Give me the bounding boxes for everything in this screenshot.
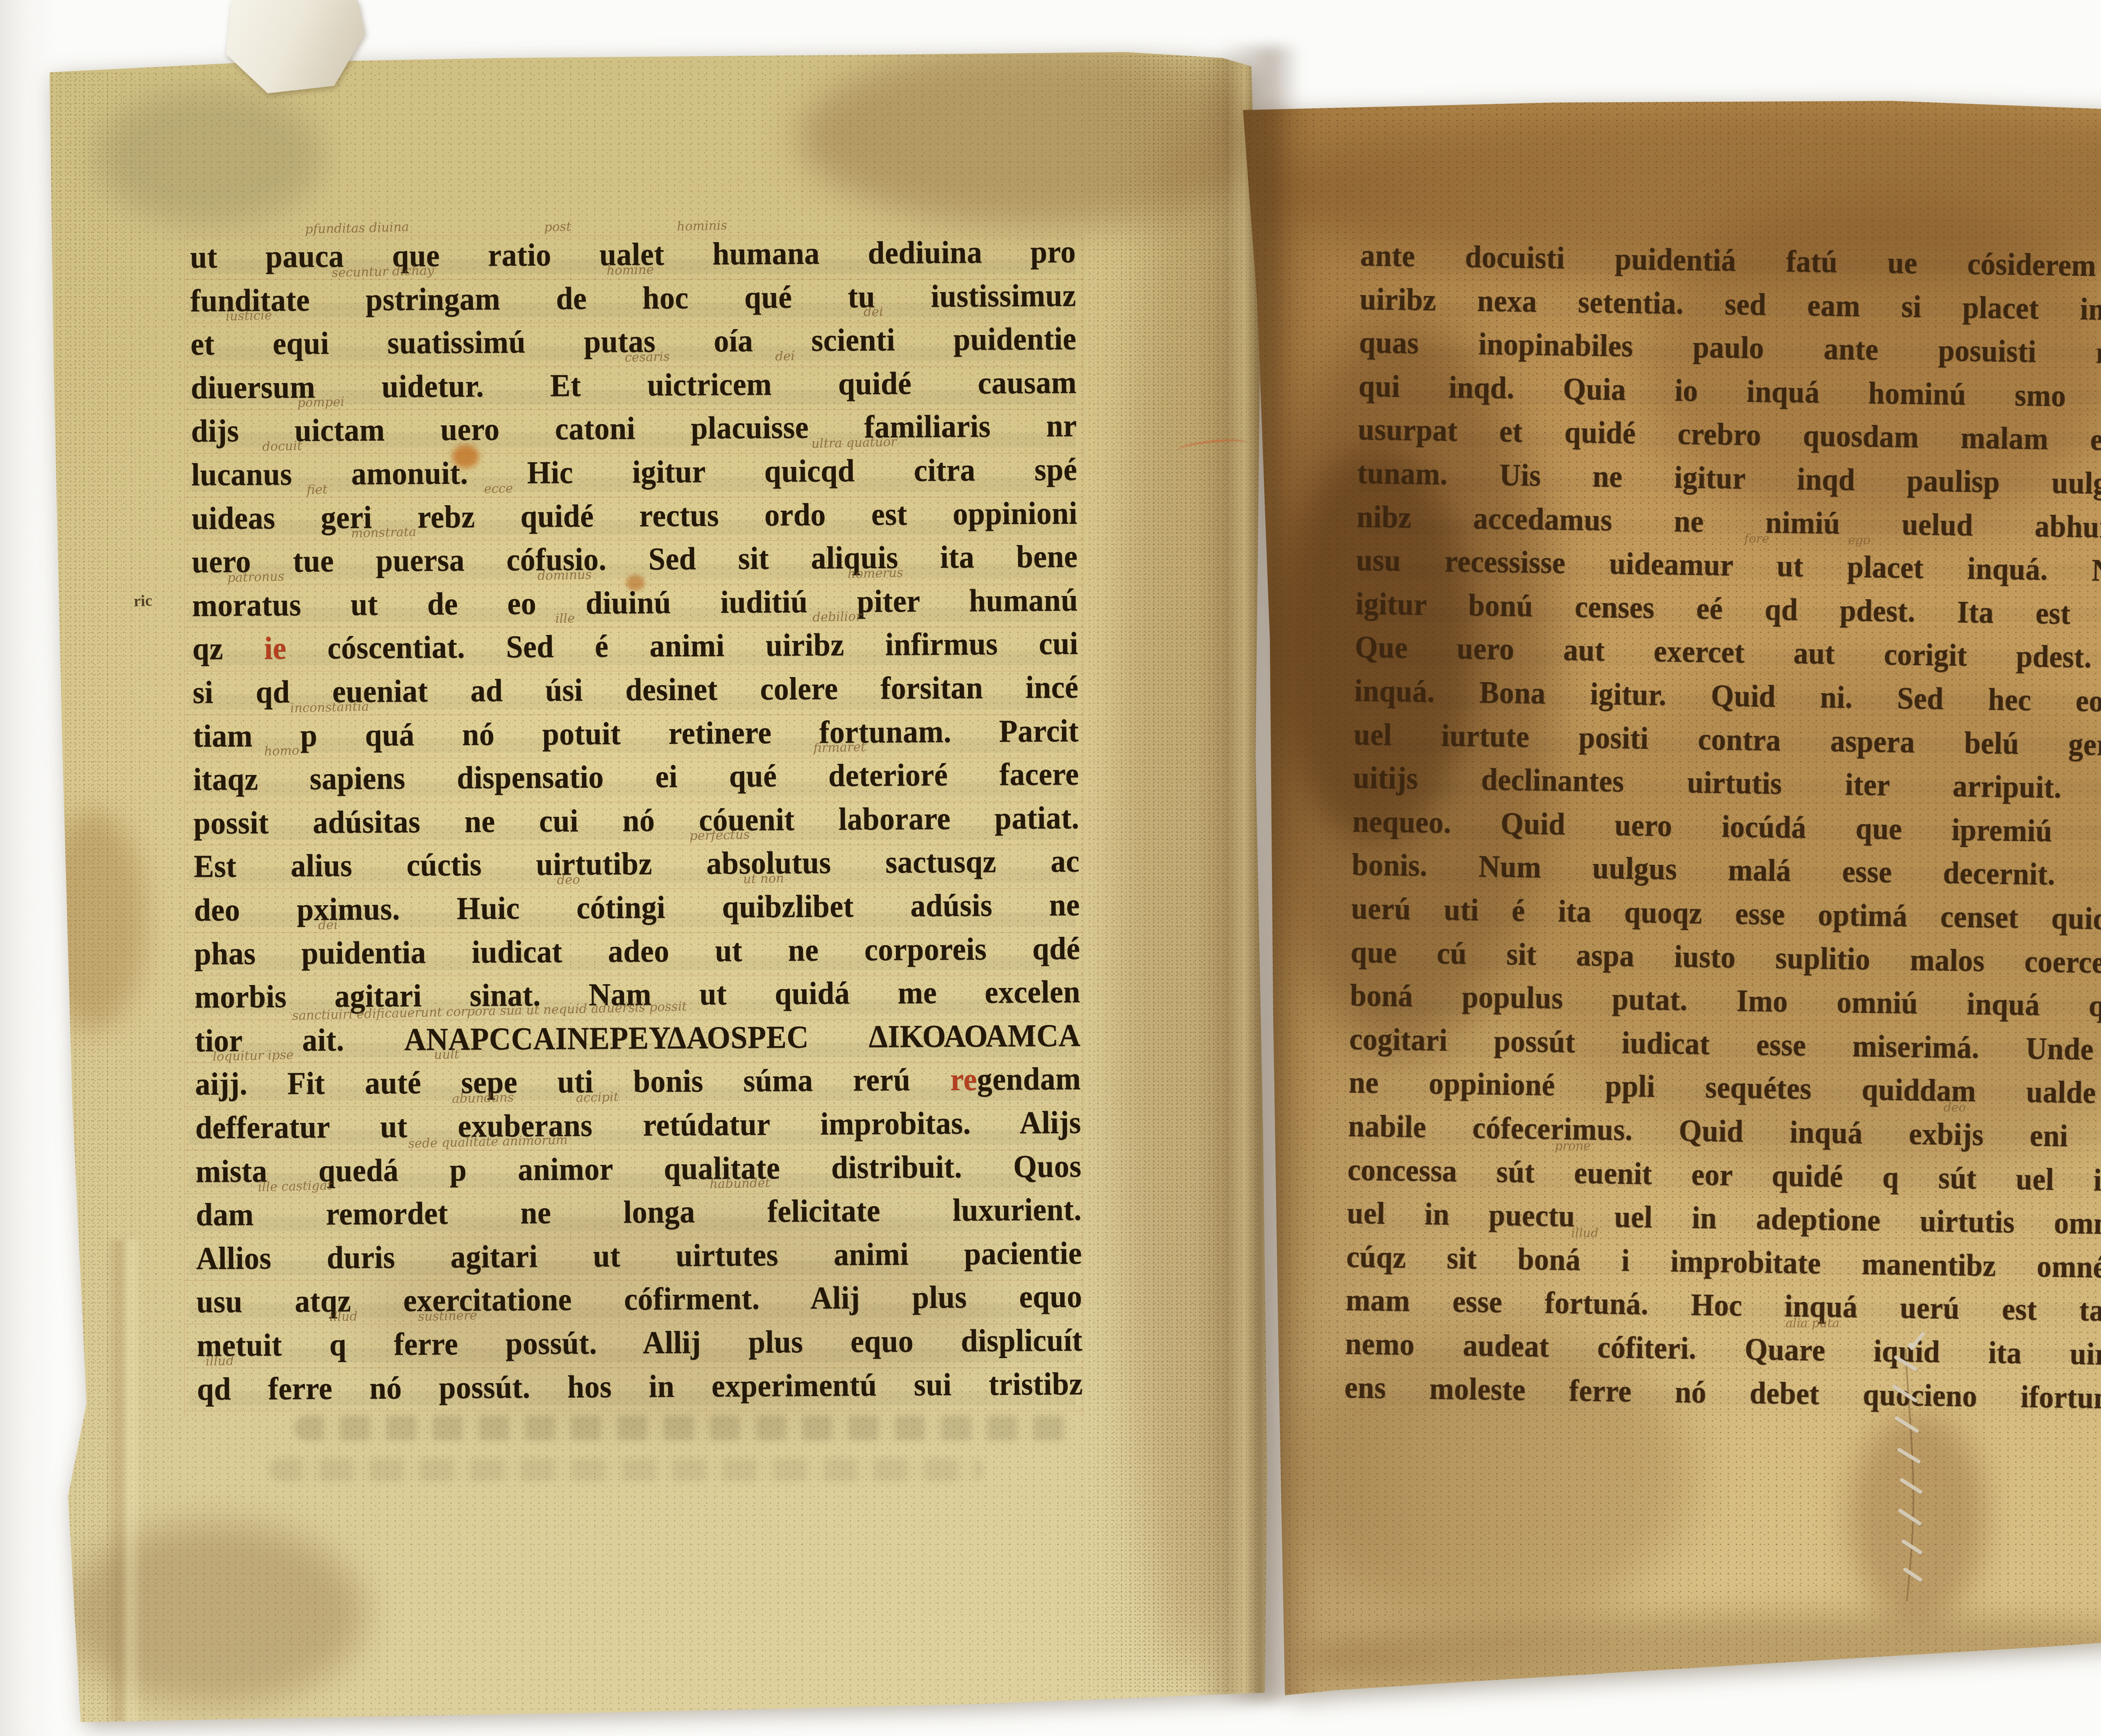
interlinear-gloss: abundans (452, 1090, 514, 1106)
stain (1252, 319, 1555, 1055)
interlinear-gloss: inconstantia (290, 699, 369, 715)
line-segment: cóscentiat. Sed é animi uiribz infirmus … (286, 626, 1078, 666)
interlinear-gloss: homerus (847, 565, 903, 581)
manuscript-line: qui inqd. Quia io inquá hominú smo comun… (1358, 369, 2101, 416)
stain (1294, 1324, 1693, 1626)
manuscript-line: igitur bonú censes eé qd pdest. Ita est … (1355, 586, 2101, 634)
manuscript-line: tior ait. ΑΝΑΡCCΑΙΝΕΡΕΥΔΑΟSΡΕC ΔΙΚΟΑΟΑΜC… (195, 1017, 1080, 1059)
interlinear-gloss: illud (205, 1353, 234, 1369)
parchment-tab-left (226, 0, 365, 93)
manuscript-line: usu recessisse uideamur ut placet inquá.… (1356, 543, 2101, 590)
interlinear-gloss: post (544, 219, 572, 235)
interlinear-gloss: monstrata (351, 525, 416, 541)
interlinear-gloss: hominis (677, 218, 728, 234)
manuscript-line: diuersum uidetur. Et uictricem quidé cau… (191, 364, 1077, 406)
interlinear-gloss: dominus (537, 567, 592, 583)
stain (1496, 656, 2101, 1181)
manuscript-line: qd ferre nó possút. hos in experimentú s… (197, 1365, 1082, 1408)
stain (1639, 193, 2101, 538)
interlinear-gloss: ille castigat (258, 1178, 332, 1195)
speckle-band-gutter (1059, 55, 1256, 1694)
interlinear-gloss: perfectus (690, 827, 750, 843)
manuscript-line: mista quedá p animor qualitate distribui… (195, 1148, 1081, 1190)
left-edge-fold (105, 1240, 143, 1723)
ruling-lines (1355, 236, 2101, 1418)
gutter-shadow (1219, 46, 1315, 1702)
manuscript-line: tunam. Uis ne igitur inqd paulisp uulgi … (1357, 456, 2101, 503)
interlinear-gloss: deo (557, 872, 580, 888)
manuscript-line: boná populus putat. Imo omniú inquá que … (1350, 978, 2101, 1025)
interlinear-gloss: deo (1943, 1100, 1966, 1114)
manuscript-line: morbis agitari sinat. Nam ut quidá me ex… (195, 973, 1080, 1016)
manuscript-line: ut pauca que ratio ualet humana dediuina… (190, 233, 1076, 276)
interlinear-gloss: dei (864, 305, 883, 320)
stain (452, 445, 479, 468)
left-page-wrap: ut pauca que ratio ualet humana dediuina… (0, 0, 2101, 1736)
manuscript-line: defferatur ut exuberans retúdatur improb… (195, 1104, 1081, 1146)
manuscript-line: Que uero aut exercet aut corigit pdest. … (1355, 630, 2101, 677)
manuscript-line: moratus ut de eo diuinú iuditiú piter hu… (192, 582, 1078, 624)
interlinear-gloss: ultra quatuor (811, 435, 897, 451)
interlinear-gloss: iusticie (226, 308, 272, 324)
interlinear-gloss: illud (1571, 1225, 1598, 1240)
manuscript-line: cúqz sit boná i improbitate manentibz om… (1346, 1239, 2101, 1287)
rubric-letters: re (950, 1062, 977, 1097)
interlinear-gloss: prone (1555, 1138, 1591, 1153)
manuscript-line: ante docuisti puidentiá fatú ue cósidere… (1360, 238, 2101, 285)
interlinear-gloss: fiet (306, 482, 328, 497)
stain (1261, 101, 2101, 282)
interlinear-gloss: accipit (576, 1090, 619, 1105)
manuscript-line: qz ie cóscentiat. Sed é animi uiribz inf… (192, 625, 1078, 667)
text-block-right: ante docuisti puidentiá fatú ue cósidere… (1344, 238, 2101, 1451)
manuscript-scan: ut pauca que ratio ualet humana dediuina… (0, 0, 2101, 1736)
manuscript-line: uiribz nexa setentia. sed eam si placet … (1359, 282, 2101, 329)
interlinear-gloss: loquitur ipse (213, 1048, 294, 1064)
interlinear-gloss: secuntur dichay (332, 263, 434, 280)
bleedthrough-smudge (269, 1458, 983, 1481)
interlinear-gloss: ut non (743, 871, 784, 887)
bleedthrough-stripes (189, 237, 1076, 1418)
gutter-crease (1193, 50, 1269, 1698)
manuscript-line: et equi suatissimú putas oía scienti pui… (190, 320, 1076, 363)
text-block-left: ut pauca que ratio ualet humana dediuina… (190, 233, 1083, 1439)
line-segment: gendam (977, 1061, 1081, 1097)
interlinear-gloss: homine (606, 262, 654, 278)
manuscript-line: dam remordet ne longa felicitate luxurie… (196, 1191, 1082, 1233)
manuscript-line: metuit q ferre possút. Allij plus equo d… (197, 1322, 1082, 1364)
tab-left-wrap (0, 0, 2101, 1736)
manuscript-line: uitijs declinantes uirtutis iter arripui… (1353, 760, 2101, 808)
parchment-speckle (0, 0, 2101, 1736)
interlinear-gloss: docuit (262, 439, 302, 454)
manuscript-line: funditate pstringam de hoc qué tu iustis… (190, 277, 1076, 319)
manuscript-line: lucanus amonuit. Hic igitur quicqd citra… (191, 451, 1077, 493)
stain (1303, 1614, 2101, 1702)
manuscript-line: uideas geri rebz quidé rectus ordo est o… (192, 495, 1077, 537)
stain (361, 1202, 992, 1420)
manuscript-line: nequeo. Quid uero iocúdá que ipremiú tri… (1352, 804, 2101, 851)
interlinear-gloss: dei (775, 349, 795, 364)
interlinear-gloss: dei (318, 917, 338, 933)
interlinear-gloss: sustinere (418, 1308, 477, 1324)
parchment-grain-texture (0, 0, 2101, 1736)
interlinear-gloss: pfunditas diuina (305, 220, 409, 237)
manuscript-line: uerú uti é ita quoqz esse optimá censet … (1351, 891, 2101, 938)
stain (40, 811, 145, 1030)
manuscript-line: dijs uictam uero catoni placuisse famili… (191, 408, 1077, 450)
stain (626, 575, 645, 591)
manuscript-line: concessa sút euenit eor quidé q sút uel … (1347, 1152, 2101, 1199)
interlinear-gloss: ille (555, 611, 575, 626)
manuscript-line: phas puidentia iudicat adeo ut ne corpor… (194, 930, 1080, 972)
ruling-lines (184, 235, 1083, 1417)
manuscript-line: itaqz sapiens dispensatio ei qué deterio… (193, 756, 1079, 798)
stitch-repair (1870, 1324, 1971, 1618)
manuscript-line: quas inopinabiles paulo ante posuisti nu… (1359, 325, 2101, 372)
right-page: ante docuisti puidentiá fatú ue cósidere… (0, 0, 2101, 1736)
red-smudge (1176, 437, 1248, 457)
stain (63, 1521, 366, 1706)
tab-right-wrap (0, 0, 2101, 1736)
interlinear-gloss: habundet (709, 1176, 770, 1192)
manuscript-line: cogitari possút iudicat esse miserimá. U… (1349, 1022, 2101, 1069)
interlinear-gloss: alia puta (1785, 1316, 1840, 1330)
bleedthrough-smudge (294, 1415, 1072, 1441)
manuscript-line: uel iurtute positi contra aspera belú ge… (1353, 717, 2101, 764)
manuscript-line: usu atqz exercitatione cófirment. Alij p… (196, 1278, 1082, 1320)
stain (1849, 1412, 1988, 1622)
interlinear-gloss: sanctiuiri edificauerunt corpora sua ut … (292, 999, 687, 1023)
manuscript-line: mam esse fortuná. Hoc inquá uerú est tam… (1345, 1283, 2101, 1330)
manuscript-line: nemo audeat cófiteri. Quare iquid ita ui… (1345, 1326, 2101, 1374)
manuscript-line: uel in puectu uel in adeptione uirtutis … (1347, 1196, 2101, 1243)
interlinear-gloss: pompei (297, 395, 345, 411)
manuscript-line: Est alius cúctis uirtutibz absolutus sac… (194, 843, 1079, 885)
manuscript-line: usurpat et quidé crebro quosdam malam es… (1358, 412, 2101, 459)
manuscript-line: que cú sit aspa iusto suplitio malos coe… (1351, 934, 2101, 982)
interlinear-gloss: sede qualitate animorum (408, 1133, 568, 1151)
parchment-grain-texture (0, 0, 2101, 1736)
manuscript-line: nabile cófecerimus. Quid inquá exbijs en… (1348, 1109, 2101, 1156)
interlinear-gloss: fore (1744, 531, 1769, 545)
interlinear-gloss: illud (329, 1309, 358, 1325)
interlinear-gloss: homo (264, 743, 300, 759)
line-segment: qz (192, 630, 264, 666)
parchment-speckle (0, 0, 2101, 1736)
gutter-shade-right (1243, 101, 1323, 1698)
manuscript-line: possit adúsitas ne cui nó cóuenit labora… (193, 799, 1079, 842)
rubric-letters: ie (264, 630, 286, 666)
speckle-band-left-edge (50, 71, 188, 1723)
interlinear-gloss: ecce (484, 481, 513, 496)
interlinear-gloss: uult (434, 1047, 460, 1062)
stain (1118, 109, 1261, 1677)
interlinear-gloss: cesaris (624, 349, 670, 365)
manuscript-line: aijj. Fit auté sepe uti bonis súma rerú … (195, 1060, 1081, 1103)
left-page: ut pauca que ratio ualet humana dediuina… (0, 0, 2101, 1736)
right-page-wrap: ante docuisti puidentiá fatú ue cósidere… (0, 0, 2101, 1736)
manuscript-line: uero tue puersa cófusio. Sed sit aliquis… (192, 538, 1077, 580)
interlinear-gloss: debilior (812, 609, 862, 625)
manuscript-line: Allios duris agitari ut uirtutes animi p… (196, 1235, 1082, 1277)
bleedthrough-stripes (1359, 237, 2101, 1418)
manuscript-line: ens moleste ferre nó debet quocieno ifor… (1344, 1370, 2101, 1417)
manuscript-line: si qd eueniat ad úsi desinet colere fors… (192, 669, 1078, 711)
manuscript-line: nibz accedamus ne nimiú uelud abhumanita… (1356, 499, 2101, 547)
manuscript-line: bonis. Num uulgus malá esse decernit. ne… (1352, 847, 2101, 895)
manuscript-line: ne oppinioné ppli sequétes quiddam ualde… (1348, 1065, 2101, 1112)
manuscript-line: tiam p quá nó potuit retinere fortunam. … (193, 712, 1079, 755)
stain (798, 46, 1282, 227)
stain (1277, 445, 1475, 845)
interlinear-gloss: firmaret (813, 740, 866, 756)
line-segment: aijj. Fit auté sepe uti bonis súma rerú (195, 1062, 950, 1102)
interlinear-gloss: ego (1848, 533, 1870, 547)
manuscript-line: deo pximus. Huic cótingi quibzlibet adús… (194, 886, 1079, 929)
interlinear-gloss: patronus (227, 569, 284, 585)
manuscript-line: inquá. Bona igitur. Quid ni. Sed hec eor… (1354, 673, 2101, 721)
stain (97, 88, 324, 227)
margin-note: ric (133, 591, 153, 611)
